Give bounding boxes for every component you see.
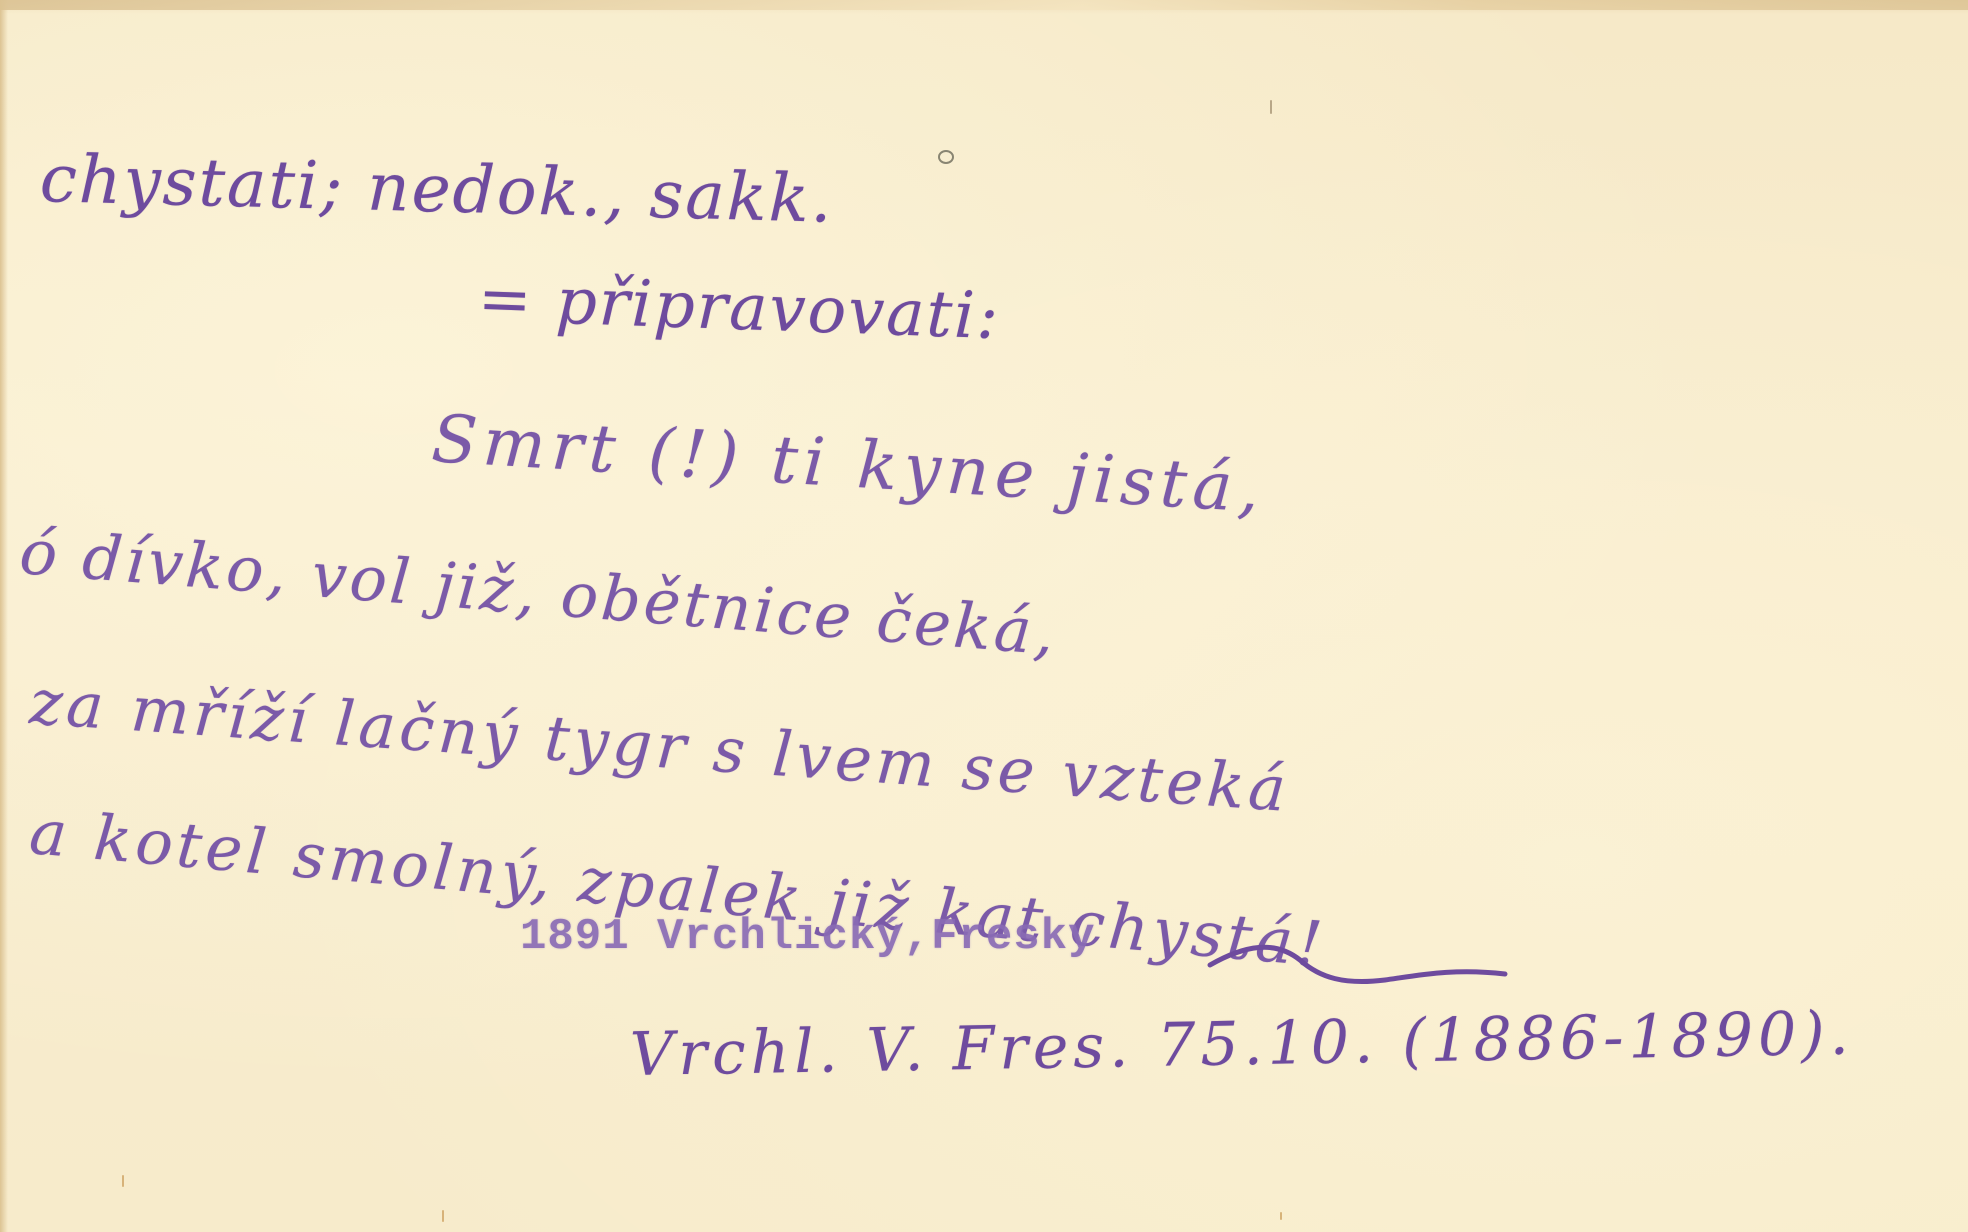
small-circle-mark [938, 150, 954, 164]
definition-line: = připravovati: [477, 262, 1002, 354]
paper-speck [442, 1210, 444, 1222]
quotation-line-3: za mříží lačný tygr s lvem se vzteká [27, 665, 1292, 826]
quotation-line-1: Smrt (!) ti kyne jistá, [430, 400, 1268, 528]
wavy-underline-mark [1205, 930, 1515, 1000]
paper-speck [1270, 100, 1272, 114]
paper-speck [122, 1175, 124, 1187]
headword-line: chystati; nedok., sakk. [39, 140, 835, 238]
paper-left-edge [0, 0, 8, 1232]
bibliographic-stamp: 1891 Vrchlický,Fresky [520, 912, 1096, 962]
quotation-line-2: ó dívko, vol již, obětnice čeká, [17, 515, 1060, 669]
paper-speck [1280, 1212, 1282, 1220]
index-card: chystati; nedok., sakk. = připravovati: … [0, 0, 1968, 1232]
source-reference: Vrchl. V. Fres. 75.10. (1886-1890). [629, 999, 1854, 1090]
paper-top-edge [0, 0, 1968, 10]
